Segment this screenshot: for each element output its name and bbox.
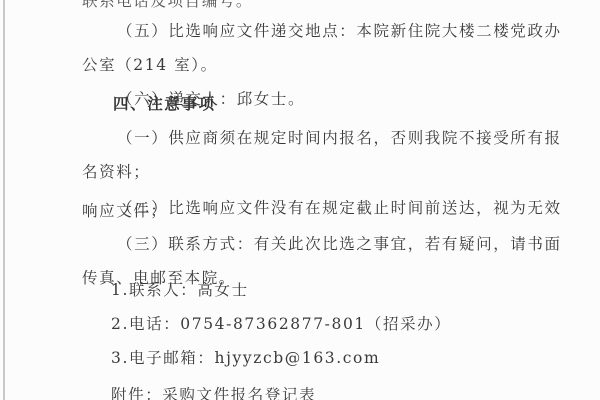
paragraph-note-1-cont: 名资料；: [82, 162, 150, 182]
paragraph-submission-location-cont: 公室（214 室）。: [82, 55, 218, 75]
contact-person: 1.联系人：高女士: [111, 280, 249, 300]
paragraph-note-1: （一）供应商须在规定时间内报名，否则我院不接受所有报: [117, 128, 562, 148]
section-heading-notes: 四、注意事项: [113, 94, 216, 114]
text-line-clipped: 联系电话及项目编号。: [82, 0, 253, 11]
document-page: 联系电话及项目编号。 （五）比选响应文件递交地点：本院新住院大楼二楼党政办 公室…: [0, 0, 600, 400]
paragraph-submission-location: （五）比选响应文件递交地点：本院新住院大楼二楼党政办: [117, 21, 562, 41]
paragraph-note-3: （三）联系方式：有关此次比选之事宜，若有疑问，请书面: [117, 234, 562, 254]
page-edge-line: [3, 0, 5, 400]
contact-email: 3.电子邮箱：hjyyzcb@163.com: [111, 348, 380, 368]
paragraph-note-2-cont: 响应文件；: [82, 201, 168, 221]
contact-phone: 2.电话：0754-87362877-801（招采办）: [111, 314, 451, 334]
paragraph-note-2: （二）比选响应文件没有在规定截止时间前送达，视为无效: [117, 198, 562, 218]
attachment-line: 附件：采购文件报名登记表: [111, 385, 316, 400]
